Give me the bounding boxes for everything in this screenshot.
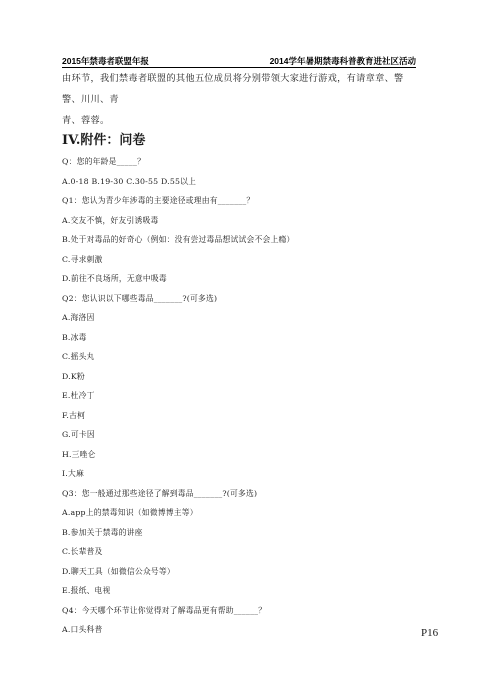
questionnaire-line: Q2：您认识以下哪些毒品_______?(可多选): [62, 289, 295, 309]
intro-line-1: 由环节，我们禁毒者联盟的其他五位成员将分别带领大家进行游戏，有请章章、警警、川川…: [62, 68, 422, 110]
questionnaire-line: D.前往不良场所，无意中吸毒: [62, 269, 295, 289]
header-left-title: 2015年禁毒者联盟年报: [62, 55, 149, 67]
questionnaire-line: A.海洛因: [62, 308, 295, 328]
questionnaire-line: Q3：您一般通过那些途径了解到毒品_______?(可多选): [62, 484, 295, 504]
questionnaire-line: H.三唑仑: [62, 445, 295, 465]
questionnaire-line: Q：您的年龄是_____？: [62, 152, 295, 172]
questionnaire-line: C.寻求刺激: [62, 250, 295, 270]
questionnaire-line: I.大麻: [62, 464, 295, 484]
intro-paragraph: 由环节，我们禁毒者联盟的其他五位成员将分别带领大家进行游戏，有请章章、警警、川川…: [62, 68, 422, 131]
section-heading: IV.附件：问卷: [62, 129, 145, 148]
questionnaire-line: B.参加关于禁毒的讲座: [62, 523, 295, 543]
questionnaire-line: A.app上的禁毒知识（如微博博主等）: [62, 503, 295, 523]
running-header: 2015年禁毒者联盟年报 2014学年暑期禁毒科普教育进社区活动: [62, 54, 416, 68]
questionnaire-line: Q4：今天哪个环节让你觉得对了解毒品更有帮助______？: [62, 601, 295, 621]
header-right-title: 2014学年暑期禁毒科普教育进社区活动: [270, 55, 416, 67]
questionnaire-line: E.报纸、电视: [62, 581, 295, 601]
questionnaire-line: D.K粉: [62, 367, 295, 387]
questionnaire-list: Q：您的年龄是_____？ A.0-18 B.19-30 C.30-55 D.5…: [62, 152, 295, 640]
questionnaire-line: G.可卡因: [62, 425, 295, 445]
questionnaire-line: B.冰毒: [62, 328, 295, 348]
questionnaire-line: C.长辈普及: [62, 542, 295, 562]
questionnaire-line: E.杜冷丁: [62, 386, 295, 406]
questionnaire-line: F.古柯: [62, 406, 295, 426]
page-number: P16: [421, 627, 438, 639]
intro-line-2: 青、蓉蓉。: [62, 110, 422, 131]
questionnaire-line: B.处于对毒品的好奇心（例如：没有尝过毒品想试试会不会上瘾）: [62, 230, 295, 250]
questionnaire-line: A.口头科普: [62, 620, 295, 640]
questionnaire-line: A.交友不慎，好友引诱吸毒: [62, 211, 295, 231]
questionnaire-line: C.摇头丸: [62, 347, 295, 367]
questionnaire-line: D.聊天工具（如微信公众号等）: [62, 562, 295, 582]
questionnaire-line: Q1：您认为青少年涉毒的主要途径或理由有_______？: [62, 191, 295, 211]
questionnaire-line: A.0-18 B.19-30 C.30-55 D.55以上: [62, 172, 295, 192]
